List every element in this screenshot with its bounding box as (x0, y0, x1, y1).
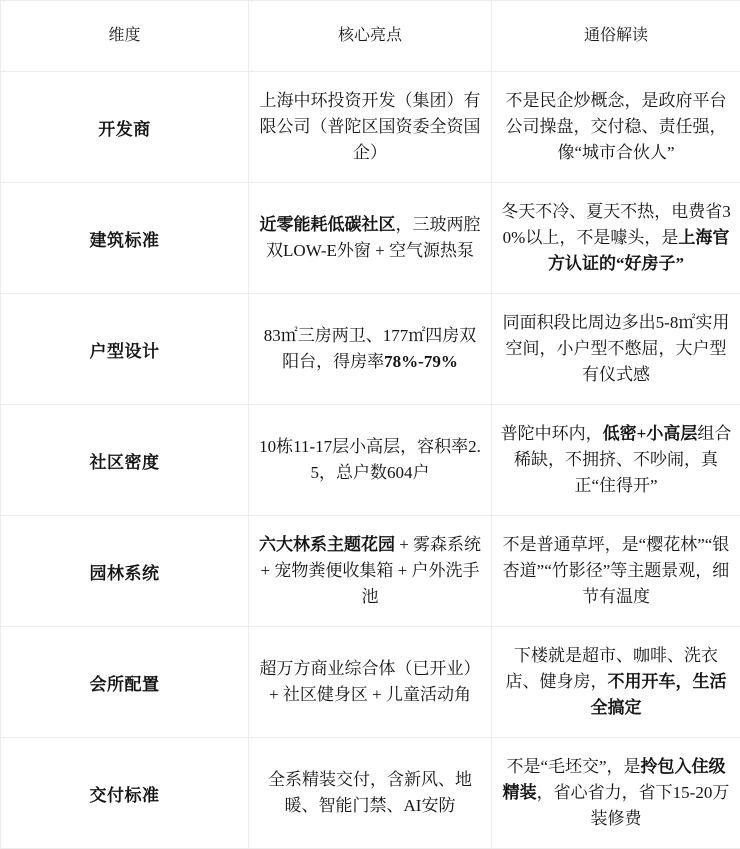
dimension-cell: 园林系统 (1, 516, 249, 627)
comparison-table: 维度 核心亮点 通俗解读 开发商上海中环投资开发（集团）有限公司（普陀区国资委全… (0, 0, 740, 849)
table-row: 建筑标准近零能耗低碳社区，三玻两腔双LOW-E外窗 + 空气源热泵冬天不冷、夏天… (1, 183, 740, 294)
dimension-cell: 开发商 (1, 72, 249, 183)
highlight-cell: 近零能耗低碳社区，三玻两腔双LOW-E外窗 + 空气源热泵 (249, 183, 492, 294)
column-header-dimension: 维度 (1, 1, 249, 72)
column-header-highlight: 核心亮点 (249, 1, 492, 72)
interpretation-cell: 下楼就是超市、咖啡、洗衣店、健身房，不用开车，生活全搞定 (492, 627, 740, 738)
interpretation-cell: 普陀中环内，低密+小高层组合稀缺，不拥挤、不吵闹，真正“住得开” (492, 405, 740, 516)
interpretation-cell: 不是“毛坯交”，是拎包入住级精装，省心省力，省下15-20万装修费 (492, 738, 740, 849)
bold-text-segment: 78%-79% (384, 352, 458, 371)
table-row: 交付标准全系精装交付，含新风、地暖、智能门禁、AI安防不是“毛坯交”，是拎包入住… (1, 738, 740, 849)
text-segment: 不是普通草坪，是“樱花林”“银杏道”“竹影径”等主题景观，细节有温度 (503, 535, 730, 606)
highlight-cell: 10栋11-17层小高层，容积率2.5，总户数604户 (249, 405, 492, 516)
table-row: 户型设计83㎡三房两卫、177㎡四房双阳台，得房率78%-79%同面积段比周边多… (1, 294, 740, 405)
text-segment: 普陀中环内， (501, 424, 603, 443)
text-segment: 不是民企炒概念，是政府平台公司操盘，交付稳、责任强，像“城市合伙人” (506, 91, 727, 162)
dimension-cell: 社区密度 (1, 405, 249, 516)
bold-text-segment: 近零能耗低碳社区 (260, 215, 396, 234)
text-segment: 同面积段比周边多出5-8㎡实用空间，小户型不憋屈，大户型有仪式感 (503, 313, 730, 384)
text-segment: 10栋11-17层小高层，容积率2.5，总户数604户 (259, 437, 481, 482)
bold-text-segment: 不用开车，生活全搞定 (591, 672, 727, 717)
interpretation-cell: 不是民企炒概念，是政府平台公司操盘，交付稳、责任强，像“城市合伙人” (492, 72, 740, 183)
table-row: 开发商上海中环投资开发（集团）有限公司（普陀区国资委全资国企）不是民企炒概念，是… (1, 72, 740, 183)
highlight-cell: 六大林系主题花园 + 雾森系统 + 宠物粪便收集箱 + 户外洗手池 (249, 516, 492, 627)
table-row: 园林系统六大林系主题花园 + 雾森系统 + 宠物粪便收集箱 + 户外洗手池不是普… (1, 516, 740, 627)
text-segment: 不是“毛坯交”，是 (506, 757, 640, 776)
bold-text-segment: 低密+小高层 (603, 424, 698, 443)
dimension-cell: 建筑标准 (1, 183, 249, 294)
table-row: 社区密度10栋11-17层小高层，容积率2.5，总户数604户普陀中环内，低密+… (1, 405, 740, 516)
highlight-cell: 上海中环投资开发（集团）有限公司（普陀区国资委全资国企） (249, 72, 492, 183)
highlight-cell: 全系精装交付，含新风、地暖、智能门禁、AI安防 (249, 738, 492, 849)
column-header-interpretation: 通俗解读 (492, 1, 740, 72)
dimension-cell: 交付标准 (1, 738, 249, 849)
highlight-cell: 超万方商业综合体（已开业）+ 社区健身区 + 儿童活动角 (249, 627, 492, 738)
text-segment: ，省心省力，省下15-20万装修费 (537, 783, 730, 828)
dimension-cell: 户型设计 (1, 294, 249, 405)
text-segment: 超万方商业综合体（已开业）+ 社区健身区 + 儿童活动角 (260, 659, 481, 704)
table-header: 维度 核心亮点 通俗解读 (1, 1, 740, 72)
table-row: 会所配置超万方商业综合体（已开业）+ 社区健身区 + 儿童活动角下楼就是超市、咖… (1, 627, 740, 738)
dimension-cell: 会所配置 (1, 627, 249, 738)
text-segment: 上海中环投资开发（集团）有限公司（普陀区国资委全资国企） (260, 91, 481, 162)
interpretation-cell: 同面积段比周边多出5-8㎡实用空间，小户型不憋屈，大户型有仪式感 (492, 294, 740, 405)
bold-text-segment: 六大林系主题花园 (259, 535, 395, 554)
table-body: 开发商上海中环投资开发（集团）有限公司（普陀区国资委全资国企）不是民企炒概念，是… (1, 72, 740, 849)
interpretation-cell: 不是普通草坪，是“樱花林”“银杏道”“竹影径”等主题景观，细节有温度 (492, 516, 740, 627)
text-segment: 全系精装交付，含新风、地暖、智能门禁、AI安防 (268, 770, 472, 815)
header-row: 维度 核心亮点 通俗解读 (1, 1, 740, 72)
interpretation-cell: 冬天不冷、夏天不热，电费省30%以上，不是噱头，是上海官方认证的“好房子” (492, 183, 740, 294)
highlight-cell: 83㎡三房两卫、177㎡四房双阳台，得房率78%-79% (249, 294, 492, 405)
